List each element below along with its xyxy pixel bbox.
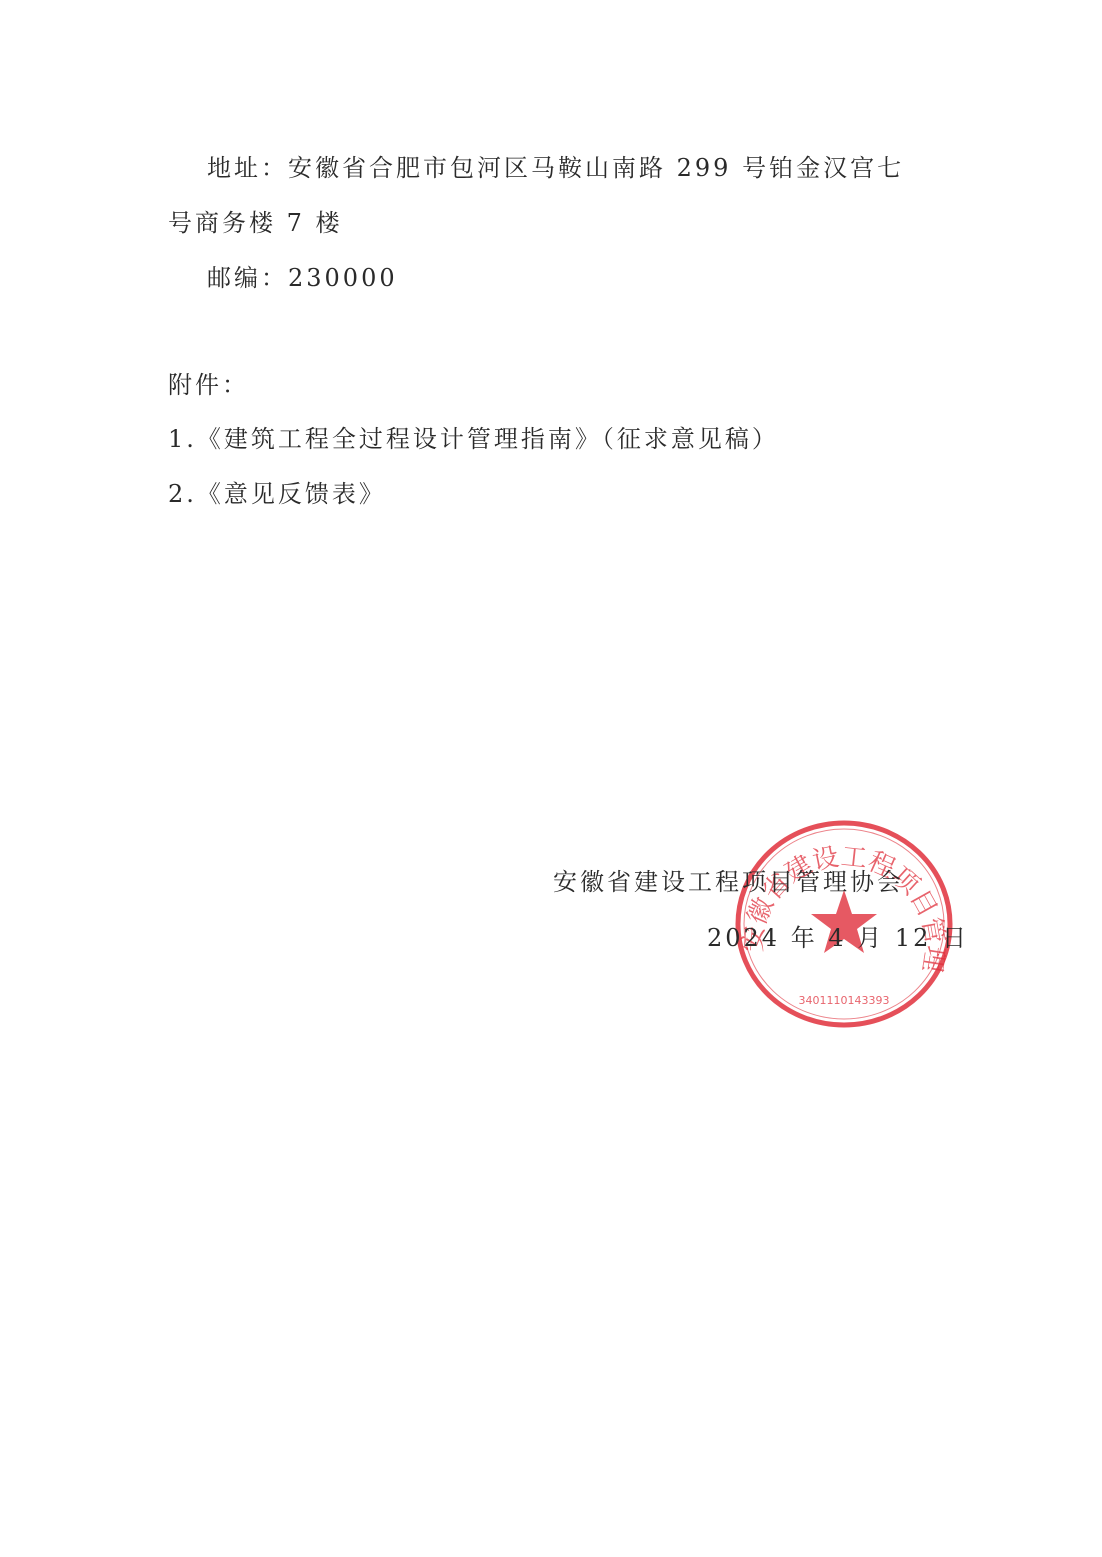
attachments-heading: 附件： — [168, 369, 249, 401]
address-line-2: 号商务楼 7 楼 — [168, 207, 343, 239]
address-line-1: 地址：安徽省合肥市包河区马鞍山南路 299 号铂金汉宫七 — [207, 152, 904, 184]
seal-code: 3401110143393 — [799, 994, 890, 1007]
organization-name: 安徽省建设工程项目管理协会 — [553, 866, 904, 898]
document-date: 2024 年 4 月 12 日 — [707, 922, 969, 954]
attachment-item-1: 1.《建筑工程全过程设计管理指南》（征求意见稿） — [168, 423, 779, 455]
attachment-item-2: 2.《意见反馈表》 — [168, 478, 386, 510]
postcode: 邮编：230000 — [207, 262, 398, 294]
